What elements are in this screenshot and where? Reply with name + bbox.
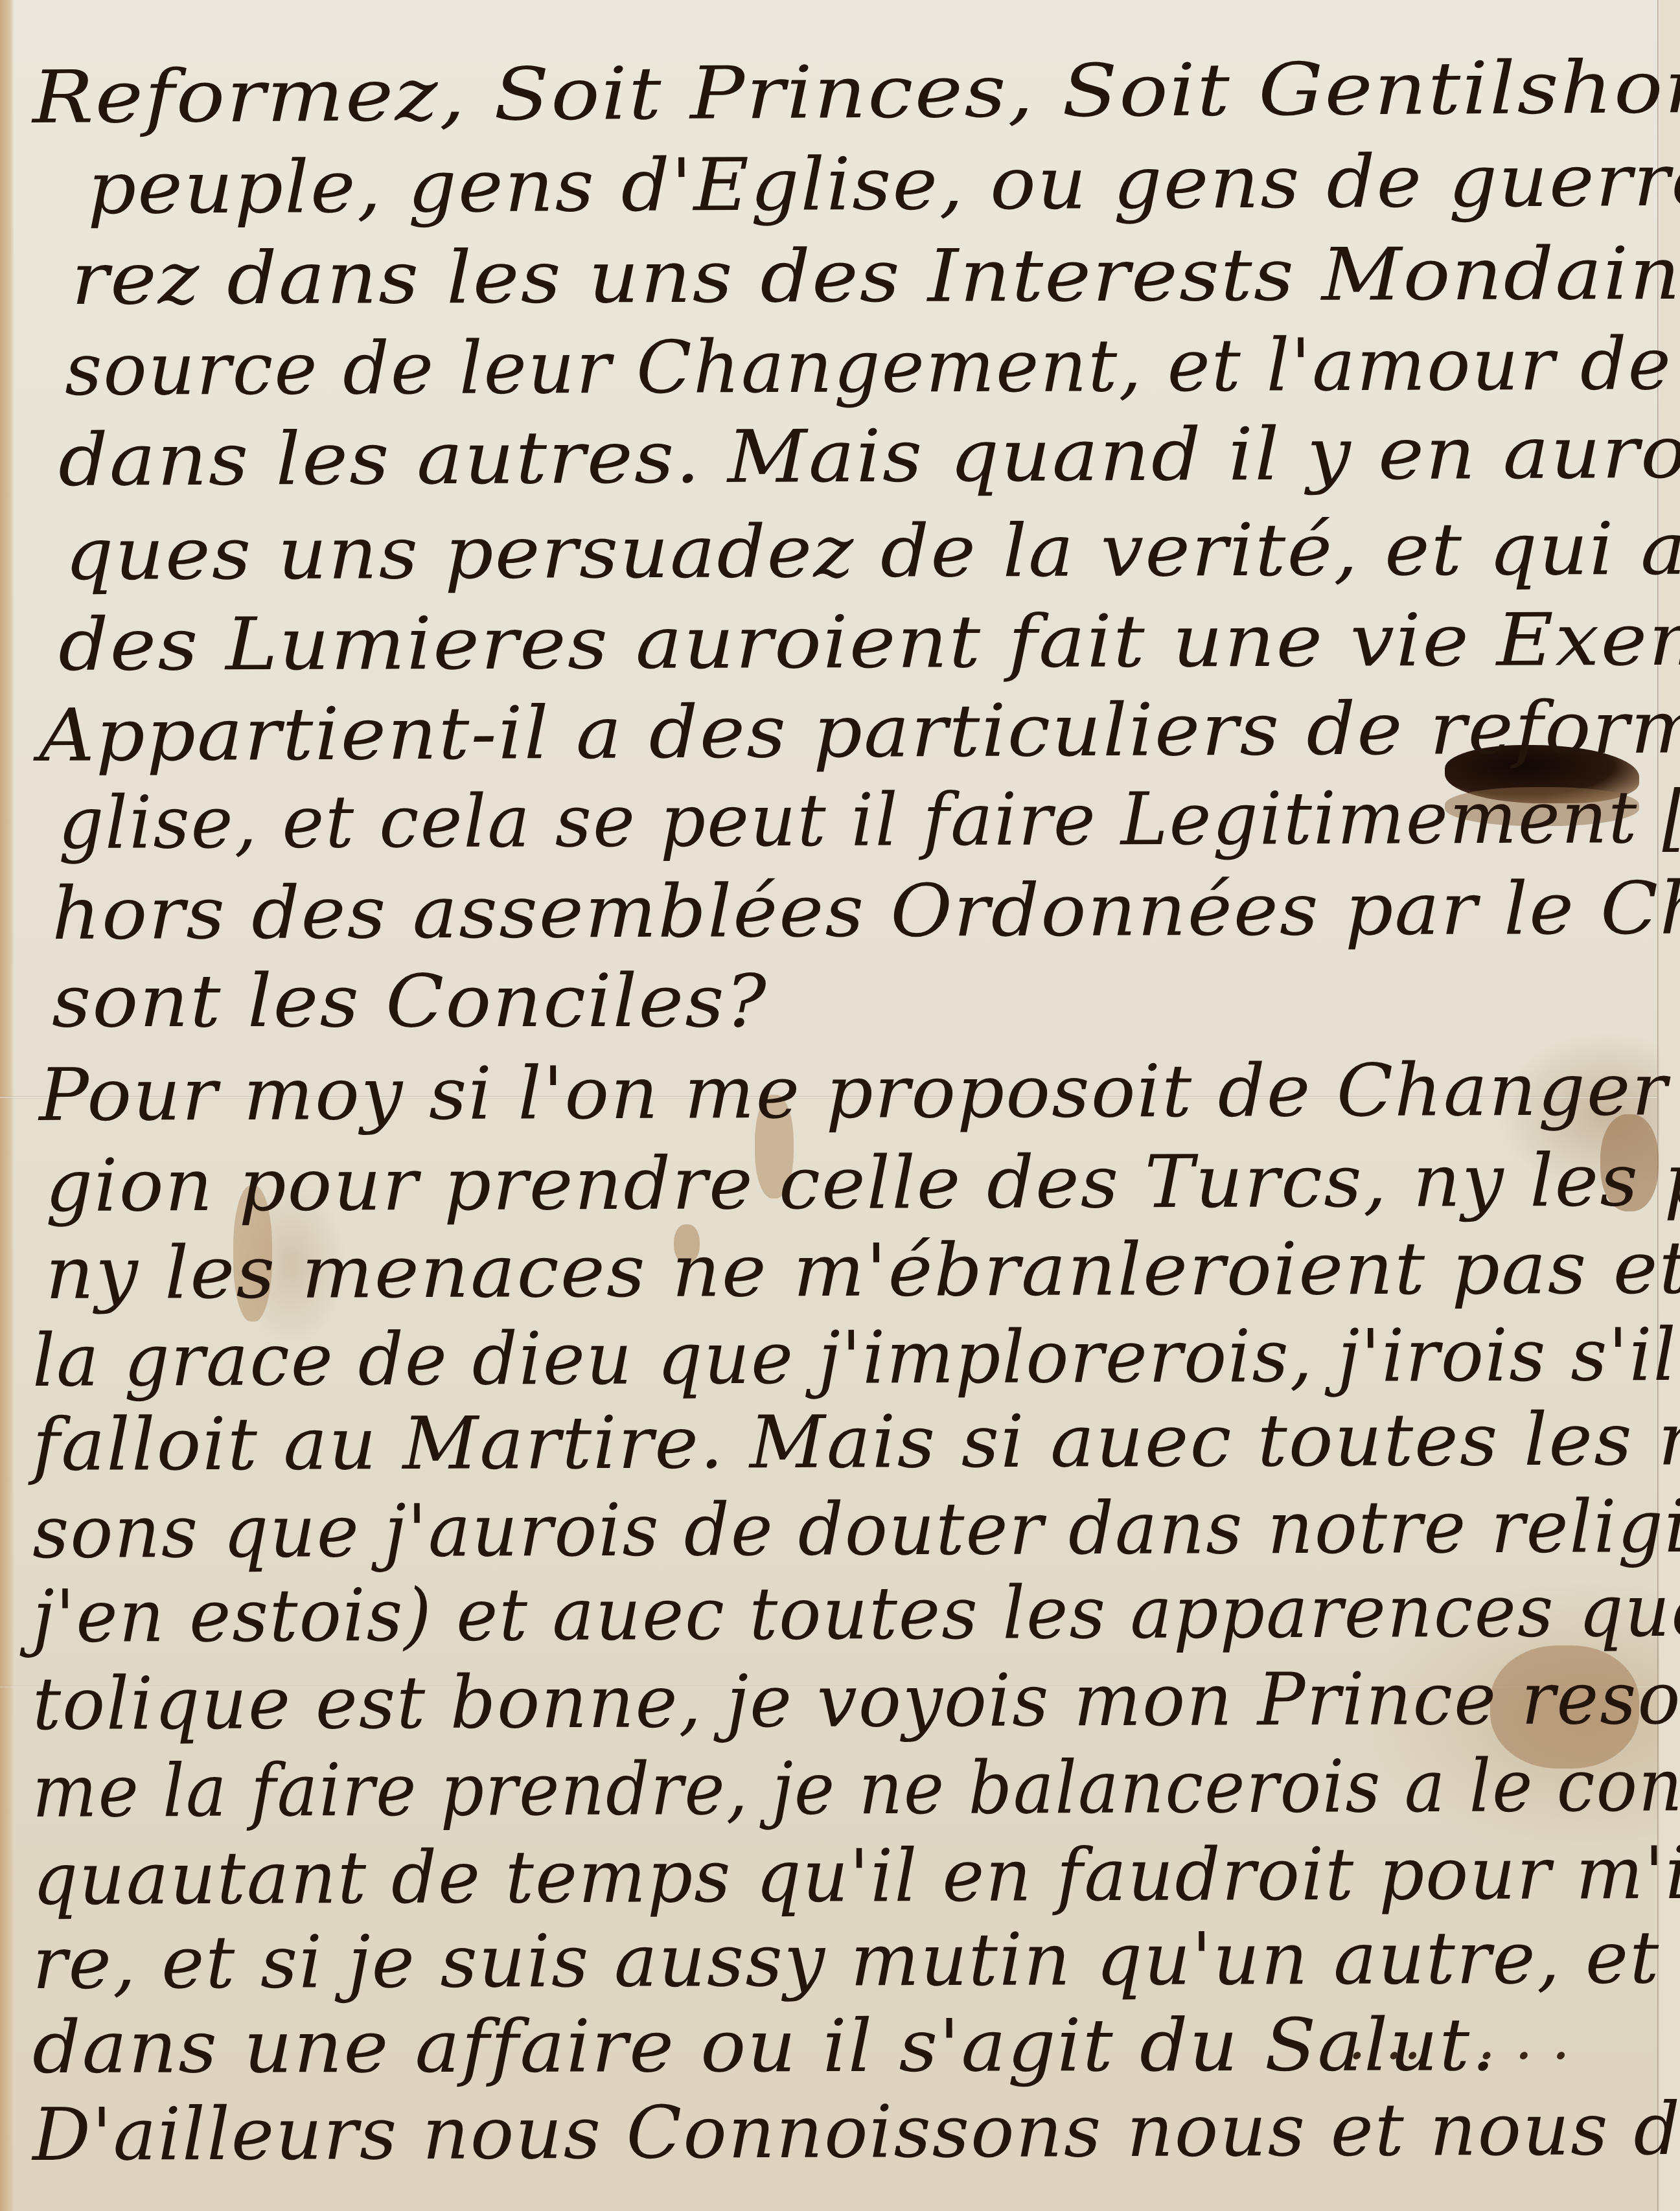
text-line: re, et si je suis aussy mutin qu'un autr…: [32, 1921, 1680, 2000]
faint-ink-marks: . .. . . .: [1348, 2005, 1570, 2073]
text-line: tolique est bonne, je voyois mon Prince …: [32, 1662, 1680, 1741]
text-line: sons que j'aurois de douter dans notre r…: [32, 1490, 1680, 1569]
text-line: dans une affaire ou il s'agit du Salut.: [32, 2009, 1497, 2084]
text-line: ny les menaces ne m'ébranleroient pas et…: [45, 1231, 1680, 1310]
page-left-edge: [0, 0, 14, 2211]
text-line: Appartient-il a des particuliers de refo…: [39, 690, 1680, 772]
text-line: me la faire prendre, je ne balancerois a…: [32, 1748, 1680, 1828]
text-line: rez dans les uns des Interests Mondains …: [71, 236, 1680, 315]
manuscript-page: Reformez, Soit Princes, Soit Gentilshomm…: [0, 0, 1680, 2211]
text-line: j'en estois) et auec toutes les apparenc…: [32, 1574, 1680, 1653]
text-line: Reformez, Soit Princes, Soit Gentilshomm…: [32, 48, 1680, 134]
text-line: quautant de temps qu'il en faudroit pour…: [32, 1837, 1680, 1916]
text-line: la grace de dieu que j'implorerois, j'ir…: [32, 1318, 1680, 1397]
text-line: glise, et cela se peut il faire Legitime…: [58, 781, 1680, 860]
text-line: ques uns persuadez de la verité, et qui …: [65, 511, 1680, 591]
text-line: gion pour prendre celle des Turcs, ny le…: [45, 1143, 1680, 1222]
text-line: D'ailleurs nous Connoissons nous et nous…: [32, 2092, 1680, 2171]
text-line: falloit au Martire. Mais si auec toutes …: [32, 1403, 1680, 1482]
text-line: des Lumieres auroient fait une vie Exemp…: [58, 602, 1680, 682]
text-line: peuple, gens d'Eglise, ou gens de guerre…: [87, 141, 1680, 225]
text-line: source de leur Changement, et l'amour de…: [65, 326, 1680, 406]
text-line: dans les autres. Mais quand il y en auro…: [58, 415, 1680, 497]
text-line: hors des assemblées Ordonnées par le Che…: [52, 871, 1680, 950]
text-line: Pour moy si l'on me proposoit de Changer…: [39, 1053, 1680, 1132]
text-line: sont les Conciles?: [52, 965, 768, 1038]
